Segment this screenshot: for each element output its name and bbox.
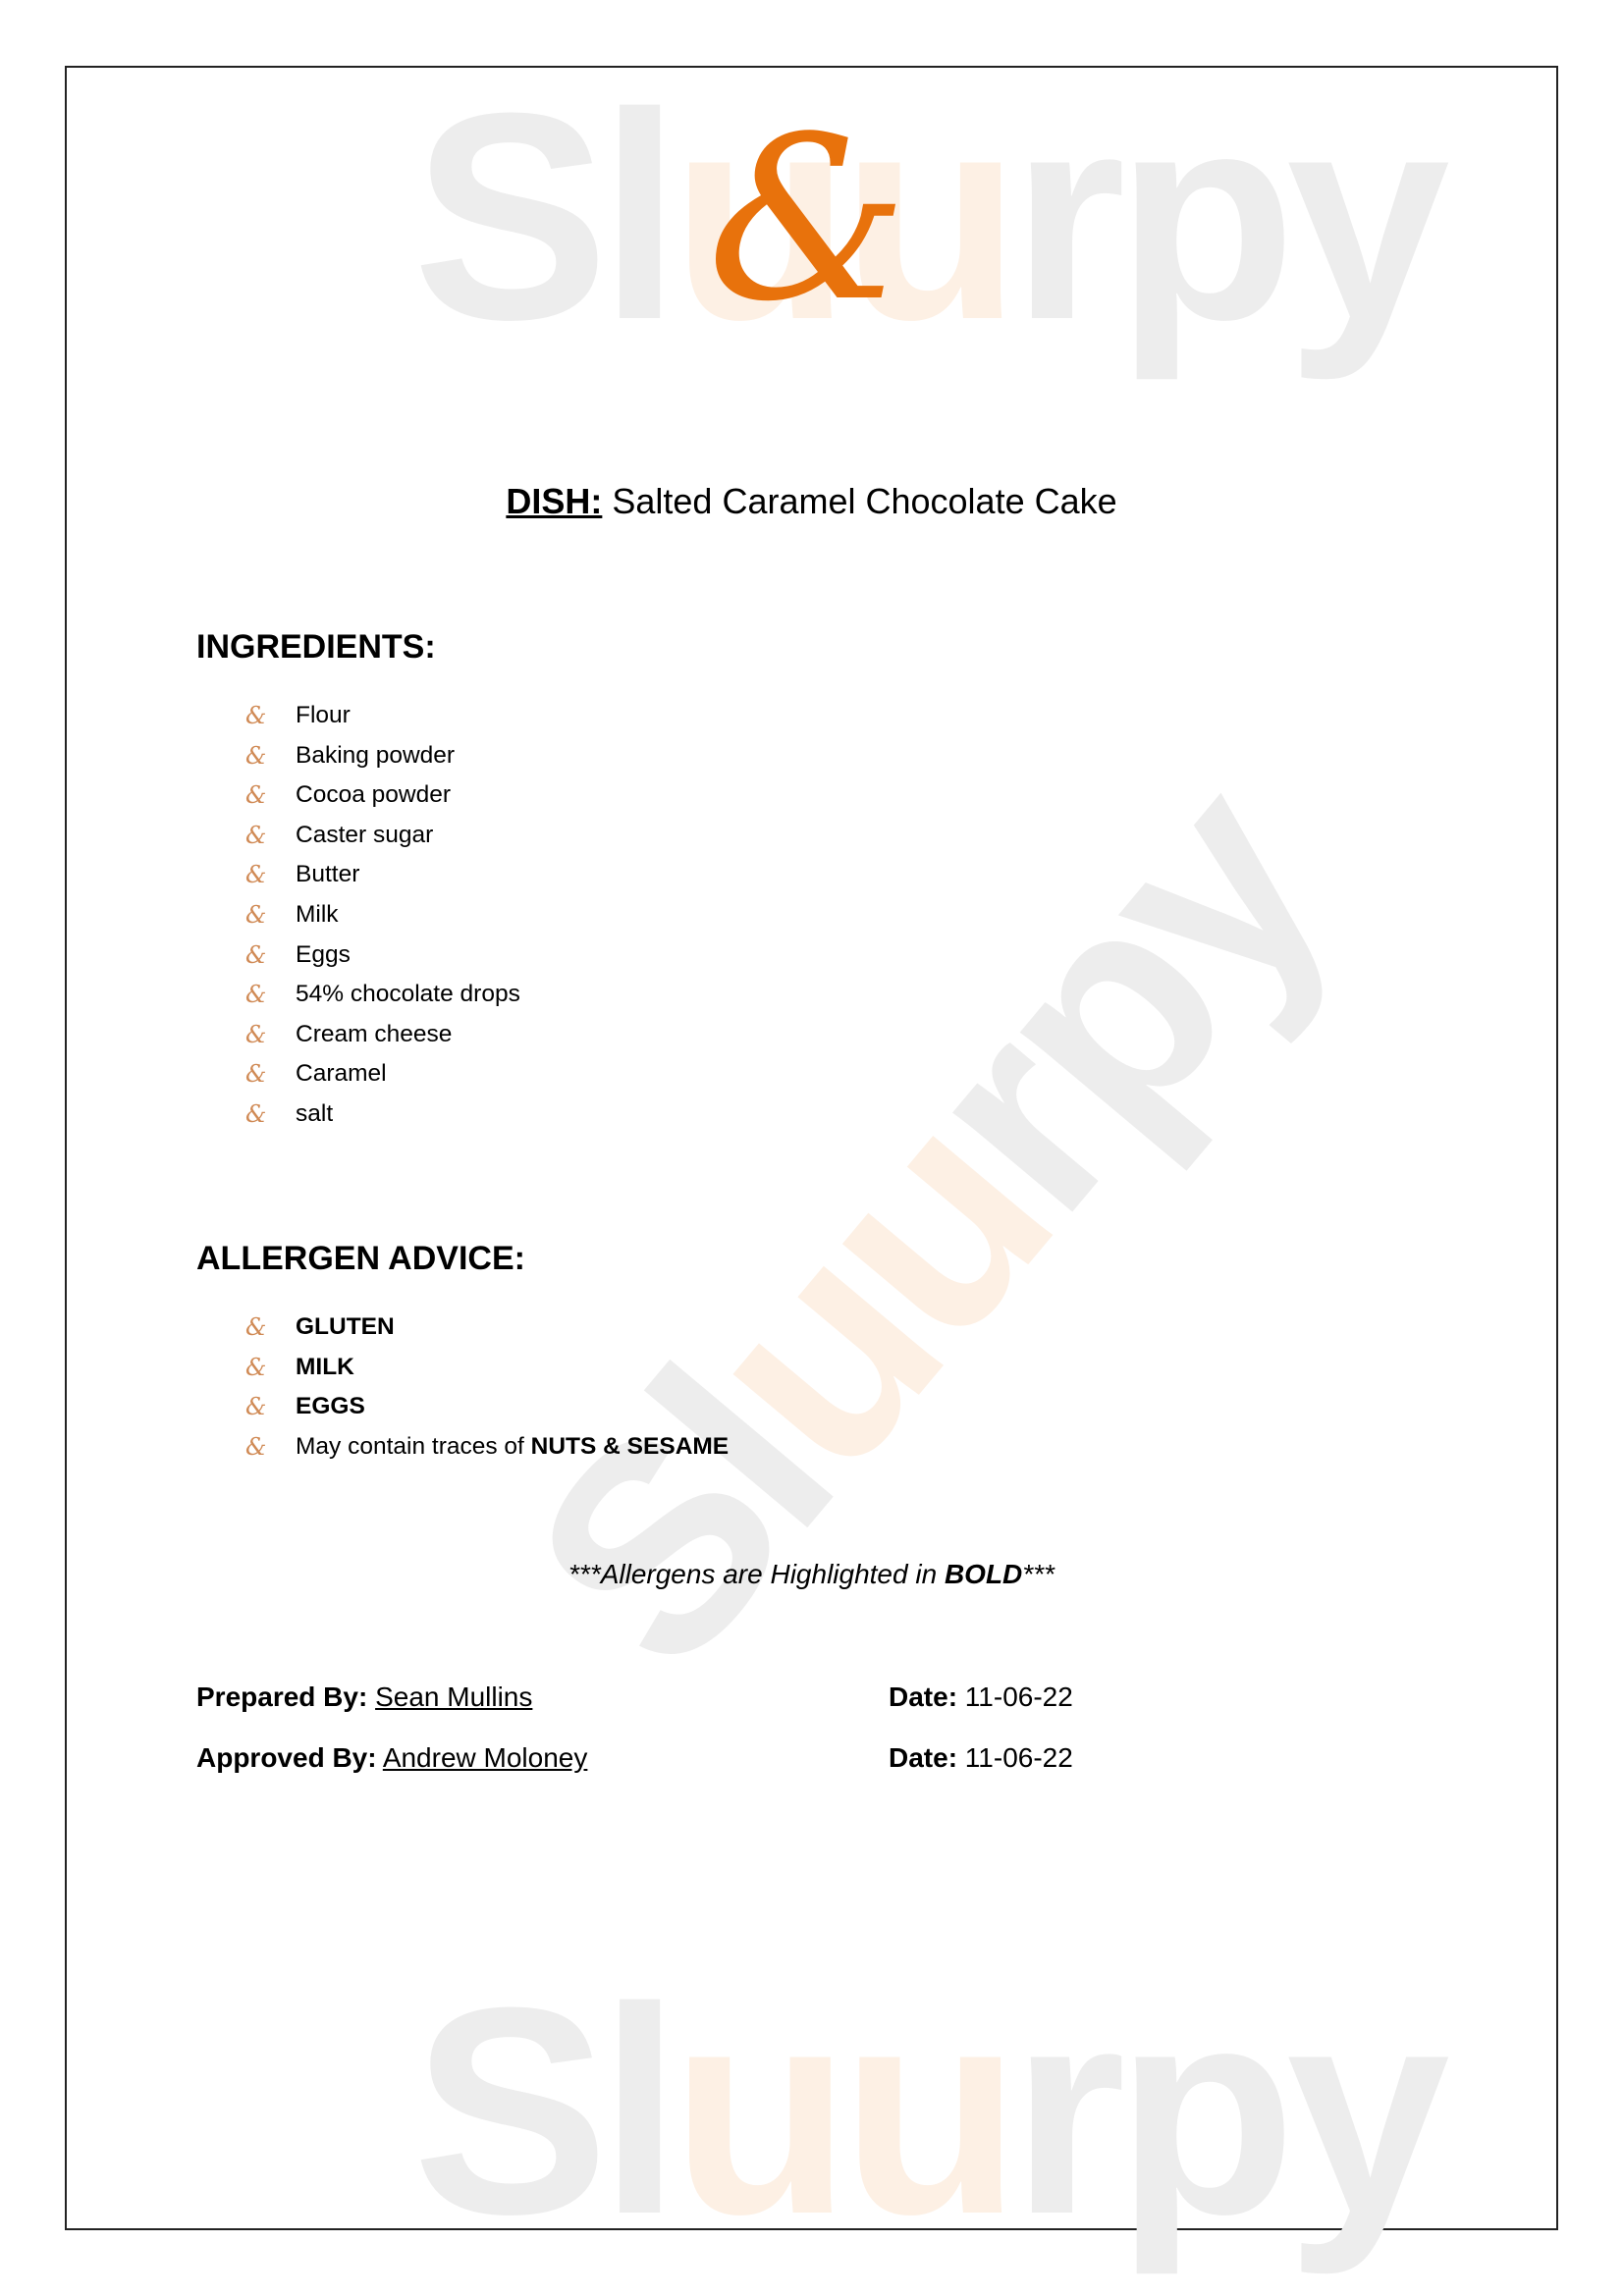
ampersand-bullet-icon: & [245, 895, 296, 935]
prepared-date: Date: 11-06-22 [889, 1682, 1073, 1713]
list-item: &May contain traces of NUTS & SESAME [245, 1427, 729, 1468]
list-item: &salt [245, 1095, 520, 1135]
dish-name: Salted Caramel Chocolate Cake [612, 481, 1116, 521]
ampersand-bullet-icon: & [245, 1308, 296, 1348]
allergen-heading: ALLERGEN ADVICE: [196, 1240, 525, 1278]
list-item-text: GLUTEN [296, 1308, 395, 1348]
list-item: &Caramel [245, 1054, 520, 1095]
list-item-text: Eggs [296, 935, 351, 976]
list-item: &Milk [245, 895, 520, 935]
list-item-text: Caramel [296, 1054, 387, 1095]
list-item-text: May contain traces of NUTS & SESAME [296, 1427, 729, 1468]
list-item: &GLUTEN [245, 1308, 729, 1348]
list-item-text: Baking powder [296, 736, 455, 776]
list-item: &Butter [245, 855, 520, 895]
allergen-note: ***Allergens are Highlighted in BOLD*** [0, 1559, 1623, 1590]
prepared-by: Prepared By: Sean Mullins [196, 1682, 532, 1713]
list-item-text: MILK [296, 1348, 354, 1388]
page-border [65, 66, 1558, 2230]
list-item-text: EGGS [296, 1387, 365, 1427]
ingredients-list: &Flour&Baking powder&Cocoa powder&Caster… [245, 696, 520, 1135]
approved-by: Approved By: Andrew Moloney [196, 1742, 587, 1774]
ampersand-bullet-icon: & [245, 975, 296, 1015]
list-item-text: Flour [296, 696, 351, 736]
list-item-text: Butter [296, 855, 359, 895]
list-item: &EGGS [245, 1387, 729, 1427]
ampersand-bullet-icon: & [245, 1015, 296, 1055]
ampersand-bullet-icon: & [245, 736, 296, 776]
dish-title: DISH: Salted Caramel Chocolate Cake [0, 481, 1623, 522]
ampersand-bullet-icon: & [245, 1095, 296, 1135]
ampersand-bullet-icon: & [245, 1348, 296, 1388]
ingredients-heading: INGREDIENTS: [196, 628, 436, 667]
list-item: &Flour [245, 696, 520, 736]
list-item-text: Milk [296, 895, 339, 935]
list-item-text: salt [296, 1095, 333, 1135]
list-item: &Eggs [245, 935, 520, 976]
approver-name: Andrew Moloney [383, 1742, 588, 1773]
ampersand-bullet-icon: & [245, 1054, 296, 1095]
ampersand-bullet-icon: & [245, 816, 296, 856]
ampersand-bullet-icon: & [245, 935, 296, 976]
dish-label: DISH: [506, 481, 602, 521]
list-item: &Baking powder [245, 736, 520, 776]
list-item-text: Cocoa powder [296, 775, 451, 816]
ampersand-bullet-icon: & [245, 696, 296, 736]
list-item: &MILK [245, 1348, 729, 1388]
list-item: &Caster sugar [245, 816, 520, 856]
list-item: &Cream cheese [245, 1015, 520, 1055]
allergen-list: &GLUTEN&MILK&EGGS&May contain traces of … [245, 1308, 729, 1467]
ampersand-logo-icon: & [707, 108, 908, 334]
list-item-text: 54% chocolate drops [296, 975, 520, 1015]
list-item: &Cocoa powder [245, 775, 520, 816]
list-item-text: Cream cheese [296, 1015, 452, 1055]
list-item-text: Caster sugar [296, 816, 433, 856]
ampersand-bullet-icon: & [245, 1427, 296, 1468]
preparer-name: Sean Mullins [375, 1682, 532, 1712]
ampersand-bullet-icon: & [245, 1387, 296, 1427]
list-item: &54% chocolate drops [245, 975, 520, 1015]
ampersand-bullet-icon: & [245, 855, 296, 895]
ampersand-bullet-icon: & [245, 775, 296, 816]
approved-date: Date: 11-06-22 [889, 1742, 1073, 1774]
